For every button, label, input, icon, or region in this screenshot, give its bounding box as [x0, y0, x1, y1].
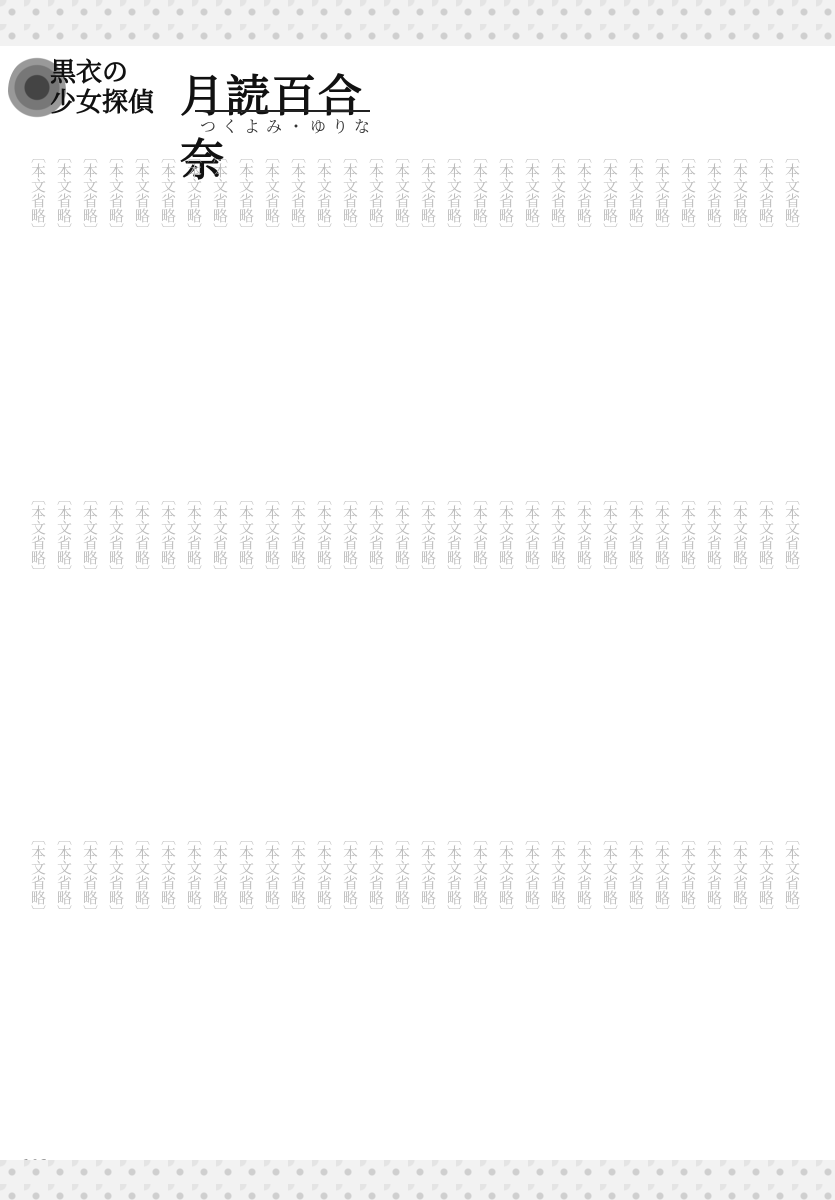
text-column: 〔本文省略〕: [701, 490, 727, 805]
text-column: 〔本文省略〕: [441, 148, 467, 458]
text-column: 〔本文省略〕: [571, 830, 597, 1140]
text-column: 〔本文省略〕: [467, 490, 493, 805]
text-column: 〔本文省略〕: [389, 148, 415, 458]
text-column: 〔本文省略〕: [207, 490, 233, 805]
text-column: 〔本文省略〕: [727, 490, 753, 805]
text-column: 〔本文省略〕: [441, 830, 467, 1140]
text-column: 〔本文省略〕: [51, 490, 77, 805]
text-column: 〔本文省略〕: [129, 148, 155, 458]
text-column: 〔本文省略〕: [77, 148, 103, 458]
text-column: 〔本文省略〕: [467, 830, 493, 1140]
text-column: 〔本文省略〕: [493, 148, 519, 458]
text-column: 〔本文省略〕: [233, 490, 259, 805]
text-column: 〔本文省略〕: [545, 830, 571, 1140]
text-column: 〔本文省略〕: [181, 830, 207, 1140]
text-column: 〔本文省略〕: [623, 830, 649, 1140]
text-column: 〔本文省略〕: [467, 148, 493, 458]
text-column: 〔本文省略〕: [77, 830, 103, 1140]
text-column: 〔本文省略〕: [623, 148, 649, 458]
text-column: 〔本文省略〕: [25, 830, 51, 1140]
lace-border-top: [0, 0, 835, 46]
text-column: 〔本文省略〕: [337, 490, 363, 805]
text-column: 〔本文省略〕: [493, 830, 519, 1140]
text-column: 〔本文省略〕: [259, 148, 285, 458]
text-column: 〔本文省略〕: [545, 490, 571, 805]
text-column: 〔本文省略〕: [311, 490, 337, 805]
text-column: 〔本文省略〕: [25, 490, 51, 805]
text-column: 〔本文省略〕: [753, 490, 779, 805]
text-column: 〔本文省略〕: [389, 490, 415, 805]
text-block-bottom: 〔本文省略〕〔本文省略〕〔本文省略〕〔本文省略〕〔本文省略〕〔本文省略〕〔本文省…: [25, 830, 805, 1140]
text-column: 〔本文省略〕: [233, 830, 259, 1140]
text-column: 〔本文省略〕: [207, 148, 233, 458]
text-column: 〔本文省略〕: [597, 148, 623, 458]
text-column: 〔本文省略〕: [155, 490, 181, 805]
text-column: 〔本文省略〕: [103, 148, 129, 458]
title-rule: [195, 110, 370, 112]
text-column: 〔本文省略〕: [779, 148, 805, 458]
series-header: 黒衣の 少女探偵 月読百合奈 つくよみ・ゆりな: [0, 48, 400, 140]
text-column: 〔本文省略〕: [337, 830, 363, 1140]
text-column: 〔本文省略〕: [597, 830, 623, 1140]
text-column: 〔本文省略〕: [493, 490, 519, 805]
text-column: 〔本文省略〕: [545, 148, 571, 458]
text-column: 〔本文省略〕: [363, 148, 389, 458]
text-column: 〔本文省略〕: [675, 490, 701, 805]
text-column: 〔本文省略〕: [129, 830, 155, 1140]
text-column: 〔本文省略〕: [285, 830, 311, 1140]
text-column: 〔本文省略〕: [233, 148, 259, 458]
lace-border-bottom: [0, 1160, 835, 1200]
text-column: 〔本文省略〕: [311, 148, 337, 458]
text-column: 〔本文省略〕: [779, 490, 805, 805]
text-column: 〔本文省略〕: [675, 830, 701, 1140]
text-column: 〔本文省略〕: [727, 830, 753, 1140]
text-column: 〔本文省略〕: [51, 830, 77, 1140]
text-column: 〔本文省略〕: [207, 830, 233, 1140]
text-column: 〔本文省略〕: [441, 490, 467, 805]
text-column: 〔本文省略〕: [675, 148, 701, 458]
text-column: 〔本文省略〕: [597, 490, 623, 805]
text-column: 〔本文省略〕: [129, 490, 155, 805]
text-column: 〔本文省略〕: [311, 830, 337, 1140]
text-column: 〔本文省略〕: [181, 490, 207, 805]
text-column: 〔本文省略〕: [779, 830, 805, 1140]
text-column: 〔本文省略〕: [415, 490, 441, 805]
text-column: 〔本文省略〕: [649, 490, 675, 805]
text-block-middle: 〔本文省略〕〔本文省略〕〔本文省略〕〔本文省略〕〔本文省略〕〔本文省略〕〔本文省…: [25, 490, 805, 805]
text-column: 〔本文省略〕: [155, 148, 181, 458]
text-column: 〔本文省略〕: [25, 148, 51, 458]
text-column: 〔本文省略〕: [519, 490, 545, 805]
text-column: 〔本文省略〕: [701, 830, 727, 1140]
text-column: 〔本文省略〕: [701, 148, 727, 458]
text-column: 〔本文省略〕: [259, 830, 285, 1140]
text-column: 〔本文省略〕: [181, 148, 207, 458]
text-block-top: 〔本文省略〕〔本文省略〕〔本文省略〕〔本文省略〕〔本文省略〕〔本文省略〕〔本文省…: [25, 148, 805, 458]
title-small: 黒衣の 少女探偵: [50, 58, 154, 118]
text-column: 〔本文省略〕: [103, 490, 129, 805]
text-column: 〔本文省略〕: [415, 830, 441, 1140]
text-column: 〔本文省略〕: [77, 490, 103, 805]
text-column: 〔本文省略〕: [649, 148, 675, 458]
text-column: 〔本文省略〕: [649, 830, 675, 1140]
text-column: 〔本文省略〕: [571, 148, 597, 458]
text-column: 〔本文省略〕: [415, 148, 441, 458]
text-column: 〔本文省略〕: [753, 830, 779, 1140]
title-reading: つくよみ・ゆりな: [200, 114, 376, 137]
text-column: 〔本文省略〕: [285, 148, 311, 458]
text-column: 〔本文省略〕: [155, 830, 181, 1140]
text-column: 〔本文省略〕: [571, 490, 597, 805]
text-column: 〔本文省略〕: [103, 830, 129, 1140]
text-column: 〔本文省略〕: [259, 490, 285, 805]
text-column: 〔本文省略〕: [519, 830, 545, 1140]
text-column: 〔本文省略〕: [51, 148, 77, 458]
text-column: 〔本文省略〕: [727, 148, 753, 458]
text-column: 〔本文省略〕: [285, 490, 311, 805]
text-column: 〔本文省略〕: [337, 148, 363, 458]
text-column: 〔本文省略〕: [363, 490, 389, 805]
text-column: 〔本文省略〕: [363, 830, 389, 1140]
text-column: 〔本文省略〕: [519, 148, 545, 458]
text-column: 〔本文省略〕: [753, 148, 779, 458]
text-column: 〔本文省略〕: [389, 830, 415, 1140]
text-column: 〔本文省略〕: [623, 490, 649, 805]
